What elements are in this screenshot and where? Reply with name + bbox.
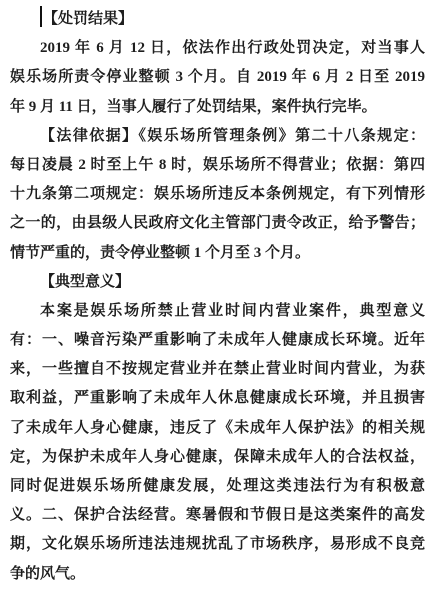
text-line: 了未成年人身心健康，违反了《未成年人保护法》的相关规 (10, 414, 425, 443)
document-page: 【处罚结果】 2019 年 6 月 12 日，依法作出行政处罚决定，对当事人 娱… (0, 0, 433, 600)
text-line: 同时促进娱乐场所健康发展，处理这类违法行为有积极意 (10, 472, 425, 501)
text-line: 每日凌晨 2 时至上午 8 时，娱乐场所不得营业；依据：第四 (10, 151, 425, 180)
text-line: 期，文化娱乐场所违法违规扰乱了市场秩序，易形成不良竞 (10, 530, 425, 559)
text-line: 本案是娱乐场所禁止营业时间内营业案件，典型意义 (10, 297, 425, 326)
text-line: 争的风气。 (10, 560, 425, 589)
text-line: 取利益，严重影响了未成年人休息健康成长环境，并且损害 (10, 384, 425, 413)
text-line: 情节严重的，责令停业整顿 1 个月至 3 个月。 (10, 239, 425, 268)
text-cursor (40, 6, 42, 27)
text-line-legal-basis-start: 【法律依据】《娱乐场所管理条例》第二十八条规定： (10, 122, 425, 151)
heading-penalty-result-text: 【处罚结果】 (43, 11, 133, 27)
text-line: 2019 年 6 月 12 日，依法作出行政处罚决定，对当事人 (10, 34, 425, 63)
text-line: 年 9 月 11 日，当事人履行了处罚结果，案件执行完毕。 (10, 93, 425, 122)
text-line: 来，一些擅自不按规定营业并在禁止营业时间内营业，为获 (10, 355, 425, 384)
text-line: 十九条第二项规定：娱乐场所违反本条例规定，有下列情形 (10, 180, 425, 209)
heading-typical-significance: 【典型意义】 (10, 268, 425, 297)
text-line: 有：一、噪音污染严重影响了未成年人健康成长环境。近年 (10, 326, 425, 355)
text-line: 定，为保护未成年人身心健康，保障未成年人的合法权益， (10, 443, 425, 472)
text-line: 义。二、保护合法经营。寒暑假和节假日是这类案件的高发 (10, 501, 425, 530)
heading-typical-significance-text: 【典型意义】 (40, 274, 130, 290)
text-line: 娱乐场所责令停业整顿 3 个月。自 2019 年 6 月 2 日至 2019 (10, 63, 425, 92)
heading-penalty-result: 【处罚结果】 (10, 5, 425, 34)
text-line: 之一的，由县级人民政府文化主管部门责令改正，给予警告； (10, 209, 425, 238)
